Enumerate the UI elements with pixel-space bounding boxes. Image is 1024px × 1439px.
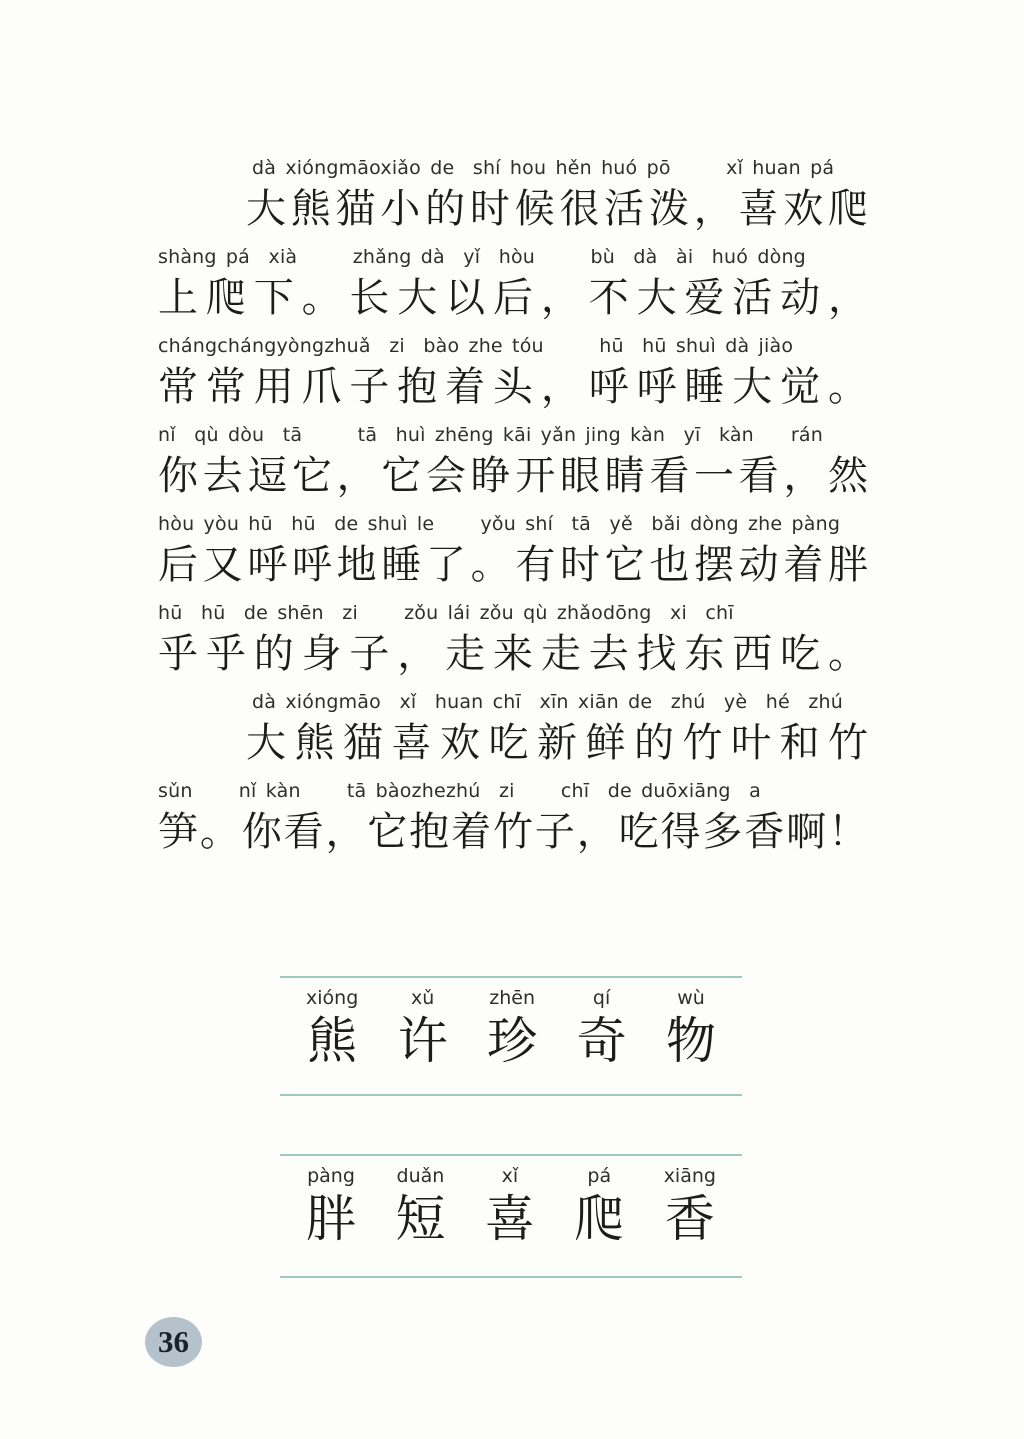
vocab-item: xǐ 喜: [485, 1165, 535, 1250]
textbook-page: dà xióngmāoxiǎo de shí hou hěn huó pō xǐ…: [0, 0, 1024, 1439]
vocab-hanzi: 奇: [577, 1010, 627, 1072]
vocab-pinyin: xǐ: [502, 1165, 519, 1188]
page-number-badge: 36: [145, 1317, 202, 1367]
vocab-item: zhēn 珍: [487, 987, 537, 1072]
vocab-item: duǎn 短: [395, 1165, 445, 1250]
pinyin-text: sǔn nǐ kàn tā bàozhezhú zi chī de duōxiā…: [158, 779, 868, 803]
passage-line: dà xióngmāoxiǎo de shí hou hěn huó pō xǐ…: [158, 156, 868, 245]
hanzi-text: 上爬下。长大以后，不大爱活动，: [158, 271, 868, 325]
vocab-hanzi: 爬: [574, 1188, 624, 1250]
hanzi-text: 大熊猫喜欢吃新鲜的竹叶和竹: [158, 716, 868, 770]
passage-line: nǐ qù dòu tā tā huì zhēng kāi yǎn jing k…: [158, 423, 868, 512]
vocab-items: pàng 胖 duǎn 短 xǐ 喜 pá 爬 xiāng 香: [280, 1156, 742, 1250]
vocab-item: xǔ 许: [398, 987, 448, 1072]
vocab-hanzi: 短: [395, 1188, 445, 1250]
vocab-practice-row-1: xióng 熊 xǔ 许 zhēn 珍 qí 奇 wù 物: [280, 976, 742, 1096]
passage-line: hòu yòu hū hū de shuì le yǒu shí tā yě b…: [158, 512, 868, 601]
vocab-item: xióng 熊: [306, 987, 358, 1072]
vocab-pinyin: duǎn: [397, 1165, 445, 1188]
vocab-item: pàng 胖: [306, 1165, 356, 1250]
vocab-items: xióng 熊 xǔ 许 zhēn 珍 qí 奇 wù 物: [280, 978, 742, 1072]
hanzi-text: 笋。你看，它抱着竹子，吃得多香啊！: [158, 805, 868, 859]
vocab-pinyin: qí: [593, 987, 610, 1010]
vocab-pinyin: xiāng: [664, 1165, 716, 1188]
vocab-pinyin: zhēn: [489, 987, 535, 1010]
passage-line: chángchángyòngzhuǎ zi bào zhe tóu hū hū …: [158, 334, 868, 423]
pinyin-text: hòu yòu hū hū de shuì le yǒu shí tā yě b…: [158, 512, 868, 536]
pinyin-text: shàng pá xià zhǎng dà yǐ hòu bù dà ài hu…: [158, 245, 868, 269]
vocab-item: qí 奇: [577, 987, 627, 1072]
vocab-hanzi: 熊: [307, 1010, 357, 1072]
vocab-pinyin: xǔ: [411, 987, 434, 1010]
hanzi-text: 大熊猫小的时候很活泼，喜欢爬: [158, 182, 868, 236]
hanzi-text: 乎乎的身子，走来走去找东西吃。: [158, 627, 868, 681]
vocab-hanzi: 喜: [485, 1188, 535, 1250]
vocab-item: wù 物: [666, 987, 716, 1072]
passage-line: hū hū de shēn zi zǒu lái zǒu qù zhǎodōng…: [158, 601, 868, 690]
pinyin-text: hū hū de shēn zi zǒu lái zǒu qù zhǎodōng…: [158, 601, 868, 625]
vocab-hanzi: 香: [665, 1188, 715, 1250]
vocab-hanzi: 珍: [487, 1010, 537, 1072]
vocab-practice-row-2: pàng 胖 duǎn 短 xǐ 喜 pá 爬 xiāng 香: [280, 1154, 742, 1278]
reading-passage: dà xióngmāoxiǎo de shí hou hěn huó pō xǐ…: [158, 156, 868, 868]
pinyin-text: nǐ qù dòu tā tā huì zhēng kāi yǎn jing k…: [158, 423, 868, 447]
page-number: 36: [158, 1324, 189, 1360]
vocab-hanzi: 胖: [306, 1188, 356, 1250]
vocab-pinyin: pàng: [307, 1165, 355, 1188]
vocab-item: pá 爬: [574, 1165, 624, 1250]
hanzi-text: 后又呼呼地睡了。有时它也摆动着胖: [158, 538, 868, 592]
pinyin-text: dà xióngmāoxiǎo de shí hou hěn huó pō xǐ…: [158, 156, 868, 180]
vocab-hanzi: 许: [398, 1010, 448, 1072]
hanzi-text: 你去逗它，它会睁开眼睛看一看，然: [158, 449, 868, 503]
vocab-pinyin: pá: [587, 1165, 611, 1188]
pinyin-text: chángchángyòngzhuǎ zi bào zhe tóu hū hū …: [158, 334, 868, 358]
passage-line: sǔn nǐ kàn tā bàozhezhú zi chī de duōxiā…: [158, 779, 868, 868]
vocab-pinyin: xióng: [306, 987, 358, 1010]
pinyin-text: dà xióngmāo xǐ huan chī xīn xiān de zhú …: [158, 690, 868, 714]
hanzi-text: 常常用爪子抱着头，呼呼睡大觉。: [158, 360, 868, 414]
vocab-item: xiāng 香: [664, 1165, 716, 1250]
passage-line: shàng pá xià zhǎng dà yǐ hòu bù dà ài hu…: [158, 245, 868, 334]
vocab-hanzi: 物: [666, 1010, 716, 1072]
vocab-pinyin: wù: [677, 987, 705, 1010]
passage-line: dà xióngmāo xǐ huan chī xīn xiān de zhú …: [158, 690, 868, 779]
